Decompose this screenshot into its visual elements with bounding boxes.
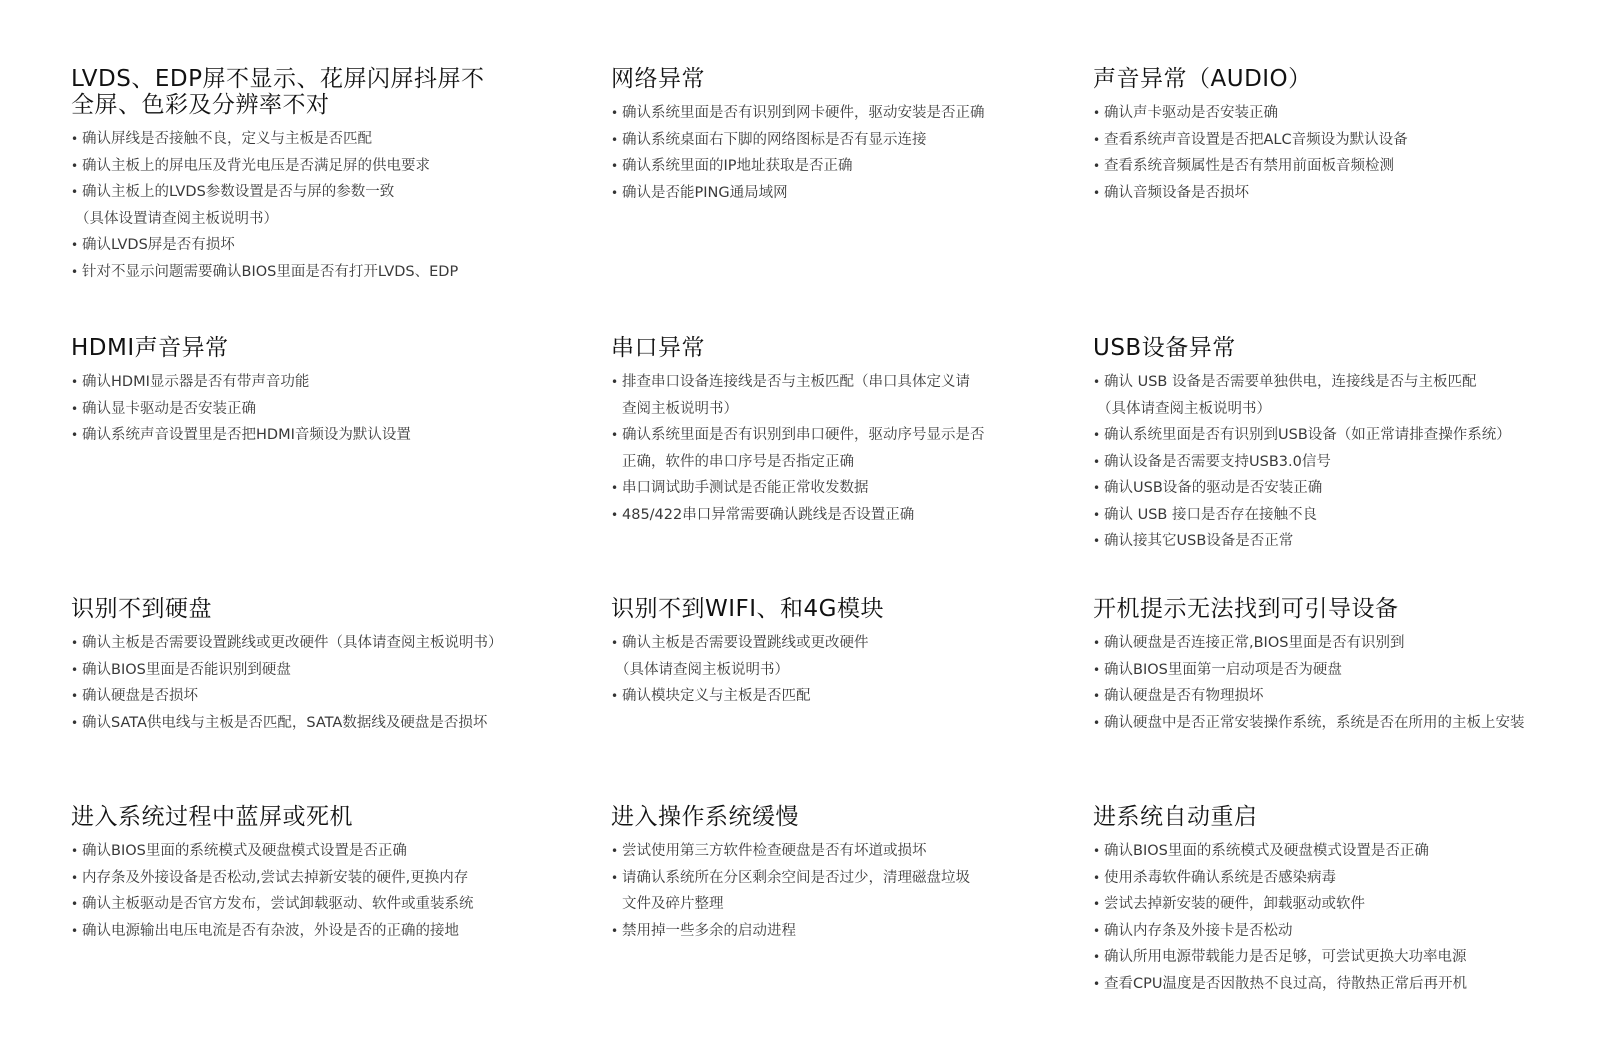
checklist-item-text: 禁用掉一些多余的启动进程	[622, 918, 970, 945]
section-title-line: 进系统自动重启	[1093, 804, 1467, 830]
checklist-item: •确认主板上的LVDS参数设置是否与屏的参数一致	[71, 179, 484, 206]
bullet-icon: •	[611, 683, 618, 710]
section-title-line: 进入操作系统缓慢	[611, 804, 970, 830]
checklist-item: •确认硬盘中是否正常安装操作系统，系统是否在所用的主板上安装	[1093, 710, 1525, 737]
checklist-item: •确认电源输出电压电流是否有杂波，外设是否的正确的接地	[71, 918, 474, 945]
checklist-note: （具体设置请查阅主板说明书）	[71, 206, 484, 233]
checklist: •确认HDMI显示器是否有带声音功能•确认显卡驱动是否安装正确•确认系统声音设置…	[71, 369, 411, 449]
checklist-item: •确认 USB 接口是否存在接触不良	[1093, 502, 1511, 529]
checklist-item-text: 确认设备是否需要支持USB3.0信号	[1104, 449, 1511, 476]
section-network: 网络异常•确认系统里面是否有识别到网卡硬件，驱动安装是否正确•确认系统桌面右下脚…	[611, 66, 985, 206]
checklist-item: •确认所用电源带载能力是否足够，可尝试更换大功率电源	[1093, 944, 1467, 971]
checklist-item: •针对不显示问题需要确认BIOS里面是否有打开LVDS、EDP	[71, 259, 484, 286]
checklist: •排查串口设备连接线是否与主板匹配（串口具体定义请查阅主板说明书）•确认系统里面…	[611, 369, 985, 528]
checklist-item-text: 确认主板是否需要设置跳线或更改硬件	[622, 630, 884, 657]
checklist: •确认屏线是否接触不良，定义与主板是否匹配•确认主板上的屏电压及背光电压是否满足…	[71, 126, 484, 285]
bullet-icon: •	[611, 918, 618, 945]
bullet-icon: •	[1093, 449, 1100, 476]
checklist-item-text: 确认显卡驱动是否安装正确	[82, 396, 411, 423]
bullet-icon: •	[1093, 180, 1100, 207]
checklist-item: •确认系统桌面右下脚的网络图标是否有显示连接	[611, 127, 985, 154]
checklist-item: •串口调试助手测试是否能正常收发数据	[611, 475, 985, 502]
bullet-icon: •	[1093, 891, 1100, 918]
bullet-icon: •	[1093, 630, 1100, 657]
checklist-item-text: 确认硬盘是否有物理损坏	[1104, 683, 1525, 710]
checklist-item-text: 确认BIOS里面的系统模式及硬盘模式设置是否正确	[82, 838, 474, 865]
checklist-item-text: 确认主板驱动是否官方发布，尝试卸载驱动、软件或重装系统	[82, 891, 474, 918]
checklist-item: •查看CPU温度是否因散热不良过高，待散热正常后再开机	[1093, 971, 1467, 998]
bullet-icon: •	[71, 396, 78, 423]
section-bluescreen-freeze: 进入系统过程中蓝屏或死机•确认BIOS里面的系统模式及硬盘模式设置是否正确•内存…	[71, 804, 474, 944]
section-usb-device: USB设备异常•确认 USB 设备是否需要单独供电，连接线是否与主板匹配（具体请…	[1093, 335, 1511, 555]
checklist-item-text: 确认所用电源带载能力是否足够，可尝试更换大功率电源	[1104, 944, 1467, 971]
checklist: •确认硬盘是否连接正常,BIOS里面是否有识别到•确认BIOS里面第一启动项是否…	[1093, 630, 1525, 736]
checklist-item-text: 确认主板上的屏电压及背光电压是否满足屏的供电要求	[82, 153, 484, 180]
section-title-line: 识别不到硬盘	[71, 596, 503, 622]
checklist-item-text: 排查串口设备连接线是否与主板匹配（串口具体定义请	[622, 369, 985, 396]
checklist-item-text: 确认系统声音设置里是否把HDMI音频设为默认设置	[82, 422, 411, 449]
bullet-icon: •	[611, 422, 618, 449]
section-wifi-4g-not-detected: 识别不到WIFI、和4G模块•确认主板是否需要设置跳线或更改硬件（具体请查阅主板…	[611, 596, 884, 710]
checklist-item-text: 确认HDMI显示器是否有带声音功能	[82, 369, 411, 396]
section-title: 进入系统过程中蓝屏或死机	[71, 804, 474, 830]
checklist: •确认主板是否需要设置跳线或更改硬件（具体请查阅主板说明书）•确认模块定义与主板…	[611, 630, 884, 710]
checklist: •确认系统里面是否有识别到网卡硬件，驱动安装是否正确•确认系统桌面右下脚的网络图…	[611, 100, 985, 206]
section-title: 进入操作系统缓慢	[611, 804, 970, 830]
checklist-item: •确认主板是否需要设置跳线或更改硬件	[611, 630, 884, 657]
section-hard-disk-not-detected: 识别不到硬盘•确认主板是否需要设置跳线或更改硬件（具体请查阅主板说明书）•确认B…	[71, 596, 503, 736]
checklist-item: •485/422串口异常需要确认跳线是否设置正确	[611, 502, 985, 529]
checklist-item-text: 查看系统音频属性是否有禁用前面板音频检测	[1104, 153, 1408, 180]
checklist-item: •使用杀毒软件确认系统是否感染病毒	[1093, 865, 1467, 892]
section-title-line: 开机提示无法找到可引导设备	[1093, 596, 1525, 622]
bullet-icon: •	[611, 369, 618, 396]
checklist-item-text: 确认系统里面是否有识别到网卡硬件，驱动安装是否正确	[622, 100, 985, 127]
checklist-note: （具体请查阅主板说明书）	[1093, 396, 1511, 423]
section-audio: 声音异常（AUDIO）•确认声卡驱动是否安装正确•查看系统声音设置是否把ALC音…	[1093, 66, 1408, 206]
checklist-item-text: 尝试去掉新安装的硬件，卸载驱动或软件	[1104, 891, 1467, 918]
bullet-icon: •	[1093, 475, 1100, 502]
checklist-item-text: 确认主板上的LVDS参数设置是否与屏的参数一致	[82, 179, 484, 206]
checklist-item: •请确认系统所在分区剩余空间是否过少，清理磁盘垃圾文件及碎片整理	[611, 865, 970, 918]
checklist-item: •确认系统声音设置里是否把HDMI音频设为默认设置	[71, 422, 411, 449]
bullet-icon: •	[611, 838, 618, 865]
bullet-icon: •	[611, 630, 618, 657]
bullet-icon: •	[71, 838, 78, 865]
checklist-item-text: 确认BIOS里面的系统模式及硬盘模式设置是否正确	[1104, 838, 1467, 865]
checklist-item: •确认SATA供电线与主板是否匹配，SATA数据线及硬盘是否损坏	[71, 710, 503, 737]
checklist-item-text: 查看系统声音设置是否把ALC音频设为默认设备	[1104, 127, 1408, 154]
checklist-item: •确认USB设备的驱动是否安装正确	[1093, 475, 1511, 502]
section-title-line: 网络异常	[611, 66, 985, 92]
bullet-icon: •	[611, 502, 618, 529]
section-title-line: 进入系统过程中蓝屏或死机	[71, 804, 474, 830]
checklist-item: •确认主板是否需要设置跳线或更改硬件（具体请查阅主板说明书）	[71, 630, 503, 657]
checklist: •确认BIOS里面的系统模式及硬盘模式设置是否正确•内存条及外接设备是否松动,尝…	[71, 838, 474, 944]
bullet-icon: •	[71, 657, 78, 684]
checklist-item-text: 确认 USB 设备是否需要单独供电，连接线是否与主板匹配	[1104, 369, 1511, 396]
checklist-item-text: 确认系统里面的IP地址获取是否正确	[622, 153, 985, 180]
bullet-icon: •	[1093, 971, 1100, 998]
bullet-icon: •	[1093, 528, 1100, 555]
section-title: 串口异常	[611, 335, 985, 361]
bullet-icon: •	[611, 865, 618, 892]
checklist-item-text: 尝试使用第三方软件检查硬盘是否有坏道或损坏	[622, 838, 970, 865]
section-title: 网络异常	[611, 66, 985, 92]
checklist-item: •确认音频设备是否损坏	[1093, 180, 1408, 207]
bullet-icon: •	[71, 422, 78, 449]
checklist-item: •确认设备是否需要支持USB3.0信号	[1093, 449, 1511, 476]
section-title-line: HDMI声音异常	[71, 335, 411, 361]
checklist-item-text: 确认LVDS屏是否有损坏	[82, 232, 484, 259]
checklist-item: •确认声卡驱动是否安装正确	[1093, 100, 1408, 127]
checklist-item: •确认是否能PING通局域网	[611, 180, 985, 207]
checklist-item-text: 确认接其它USB设备是否正常	[1104, 528, 1511, 555]
bullet-icon: •	[611, 475, 618, 502]
checklist-item-text: 确认系统里面是否有识别到USB设备（如正常请排查操作系统）	[1104, 422, 1511, 449]
checklist-item: •确认硬盘是否损坏	[71, 683, 503, 710]
section-title: 识别不到硬盘	[71, 596, 503, 622]
checklist-item: •确认系统里面的IP地址获取是否正确	[611, 153, 985, 180]
checklist-item-text: 485/422串口异常需要确认跳线是否设置正确	[622, 502, 985, 529]
checklist-item: •确认接其它USB设备是否正常	[1093, 528, 1511, 555]
bullet-icon: •	[1093, 918, 1100, 945]
checklist-item-text: 查看CPU温度是否因散热不良过高，待散热正常后再开机	[1104, 971, 1467, 998]
checklist-item-text: 确认硬盘中是否正常安装操作系统，系统是否在所用的主板上安装	[1104, 710, 1525, 737]
checklist-item: •确认系统里面是否有识别到串口硬件，驱动序号显示是否正确，软件的串口序号是否指定…	[611, 422, 985, 475]
bullet-icon: •	[1093, 710, 1100, 737]
checklist-item-text: 确认USB设备的驱动是否安装正确	[1104, 475, 1511, 502]
checklist: •确认BIOS里面的系统模式及硬盘模式设置是否正确•使用杀毒软件确认系统是否感染…	[1093, 838, 1467, 997]
bullet-icon: •	[1093, 838, 1100, 865]
section-title-line: 声音异常（AUDIO）	[1093, 66, 1408, 92]
checklist-item: •确认硬盘是否有物理损坏	[1093, 683, 1525, 710]
section-serial-port: 串口异常•排查串口设备连接线是否与主板匹配（串口具体定义请查阅主板说明书）•确认…	[611, 335, 985, 528]
bullet-icon: •	[71, 630, 78, 657]
checklist-item: •确认主板驱动是否官方发布，尝试卸载驱动、软件或重装系统	[71, 891, 474, 918]
bullet-icon: •	[71, 369, 78, 396]
bullet-icon: •	[1093, 422, 1100, 449]
checklist-item-text: 正确，软件的串口序号是否指定正确	[622, 449, 985, 476]
checklist-item: •尝试去掉新安装的硬件，卸载驱动或软件	[1093, 891, 1467, 918]
checklist-item: •确认 USB 设备是否需要单独供电，连接线是否与主板匹配	[1093, 369, 1511, 396]
checklist-item: •确认LVDS屏是否有损坏	[71, 232, 484, 259]
section-hdmi-audio: HDMI声音异常•确认HDMI显示器是否有带声音功能•确认显卡驱动是否安装正确•…	[71, 335, 411, 449]
section-title: HDMI声音异常	[71, 335, 411, 361]
bullet-icon: •	[71, 918, 78, 945]
checklist-item-text: 内存条及外接设备是否松动,尝试去掉新安装的硬件,更换内存	[82, 865, 474, 892]
checklist-item-text: 确认SATA供电线与主板是否匹配，SATA数据线及硬盘是否损坏	[82, 710, 503, 737]
checklist-item-text: 针对不显示问题需要确认BIOS里面是否有打开LVDS、EDP	[82, 259, 484, 286]
checklist-item-text: 文件及碎片整理	[622, 891, 970, 918]
checklist-item: •确认内存条及外接卡是否松动	[1093, 918, 1467, 945]
checklist-item-text: 确认内存条及外接卡是否松动	[1104, 918, 1467, 945]
checklist-item: •确认系统里面是否有识别到网卡硬件，驱动安装是否正确	[611, 100, 985, 127]
bullet-icon: •	[611, 127, 618, 154]
section-auto-reboot: 进系统自动重启•确认BIOS里面的系统模式及硬盘模式设置是否正确•使用杀毒软件确…	[1093, 804, 1467, 997]
section-title-line: LVDS、EDP屏不显示、花屏闪屏抖屏不	[71, 66, 484, 92]
section-title-line: 串口异常	[611, 335, 985, 361]
checklist-item-text: 使用杀毒软件确认系统是否感染病毒	[1104, 865, 1467, 892]
checklist-item-text: 确认BIOS里面第一启动项是否为硬盘	[1104, 657, 1525, 684]
checklist-item-text: 确认硬盘是否连接正常,BIOS里面是否有识别到	[1104, 630, 1525, 657]
checklist-item: •确认显卡驱动是否安装正确	[71, 396, 411, 423]
checklist-item: •确认BIOS里面的系统模式及硬盘模式设置是否正确	[1093, 838, 1467, 865]
checklist-item-text: 查阅主板说明书）	[622, 396, 985, 423]
checklist-item: •确认屏线是否接触不良，定义与主板是否匹配	[71, 126, 484, 153]
bullet-icon: •	[71, 259, 78, 286]
checklist-item-text: 确认模块定义与主板是否匹配	[622, 683, 884, 710]
checklist-item: •确认BIOS里面第一启动项是否为硬盘	[1093, 657, 1525, 684]
checklist-item-text: 确认 USB 接口是否存在接触不良	[1104, 502, 1511, 529]
checklist-item: •内存条及外接设备是否松动,尝试去掉新安装的硬件,更换内存	[71, 865, 474, 892]
bullet-icon: •	[611, 100, 618, 127]
bullet-icon: •	[1093, 369, 1100, 396]
section-title: 声音异常（AUDIO）	[1093, 66, 1408, 92]
bullet-icon: •	[611, 180, 618, 207]
section-title-line: 识别不到WIFI、和4G模块	[611, 596, 884, 622]
bullet-icon: •	[1093, 683, 1100, 710]
checklist-item-text: 确认系统桌面右下脚的网络图标是否有显示连接	[622, 127, 985, 154]
section-title: 进系统自动重启	[1093, 804, 1467, 830]
checklist-item: •禁用掉一些多余的启动进程	[611, 918, 970, 945]
checklist-note: （具体请查阅主板说明书）	[611, 657, 884, 684]
section-slow-os: 进入操作系统缓慢•尝试使用第三方软件检查硬盘是否有坏道或损坏•请确认系统所在分区…	[611, 804, 970, 944]
bullet-icon: •	[611, 153, 618, 180]
section-title-line: USB设备异常	[1093, 335, 1511, 361]
checklist-item-text: 确认系统里面是否有识别到串口硬件，驱动序号显示是否	[622, 422, 985, 449]
checklist-item: •确认主板上的屏电压及背光电压是否满足屏的供电要求	[71, 153, 484, 180]
section-title: 识别不到WIFI、和4G模块	[611, 596, 884, 622]
bullet-icon: •	[71, 126, 78, 153]
bullet-icon: •	[71, 891, 78, 918]
checklist-item-text: 确认是否能PING通局域网	[622, 180, 985, 207]
checklist-item: •排查串口设备连接线是否与主板匹配（串口具体定义请查阅主板说明书）	[611, 369, 985, 422]
checklist-item: •确认模块定义与主板是否匹配	[611, 683, 884, 710]
checklist-item: •确认硬盘是否连接正常,BIOS里面是否有识别到	[1093, 630, 1525, 657]
section-no-boot-device: 开机提示无法找到可引导设备•确认硬盘是否连接正常,BIOS里面是否有识别到•确认…	[1093, 596, 1525, 736]
checklist-item: •确认BIOS里面的系统模式及硬盘模式设置是否正确	[71, 838, 474, 865]
checklist-item: •确认BIOS里面是否能识别到硬盘	[71, 657, 503, 684]
section-title: LVDS、EDP屏不显示、花屏闪屏抖屏不全屏、色彩及分辨率不对	[71, 66, 484, 118]
section-lvds-edp-display: LVDS、EDP屏不显示、花屏闪屏抖屏不全屏、色彩及分辨率不对•确认屏线是否接触…	[71, 66, 484, 285]
section-title-line: 全屏、色彩及分辨率不对	[71, 92, 484, 118]
checklist-item-text: 确认主板是否需要设置跳线或更改硬件（具体请查阅主板说明书）	[82, 630, 503, 657]
checklist-item: •确认系统里面是否有识别到USB设备（如正常请排查操作系统）	[1093, 422, 1511, 449]
bullet-icon: •	[71, 153, 78, 180]
checklist-item-text: 确认电源输出电压电流是否有杂波，外设是否的正确的接地	[82, 918, 474, 945]
checklist: •尝试使用第三方软件检查硬盘是否有坏道或损坏•请确认系统所在分区剩余空间是否过少…	[611, 838, 970, 944]
checklist-item: •确认HDMI显示器是否有带声音功能	[71, 369, 411, 396]
section-title: USB设备异常	[1093, 335, 1511, 361]
bullet-icon: •	[1093, 153, 1100, 180]
bullet-icon: •	[1093, 657, 1100, 684]
checklist: •确认 USB 设备是否需要单独供电，连接线是否与主板匹配（具体请查阅主板说明书…	[1093, 369, 1511, 555]
checklist: •确认主板是否需要设置跳线或更改硬件（具体请查阅主板说明书）•确认BIOS里面是…	[71, 630, 503, 736]
checklist-item-text: 确认硬盘是否损坏	[82, 683, 503, 710]
checklist-item: •查看系统音频属性是否有禁用前面板音频检测	[1093, 153, 1408, 180]
checklist-item-text: 确认BIOS里面是否能识别到硬盘	[82, 657, 503, 684]
bullet-icon: •	[71, 865, 78, 892]
section-title: 开机提示无法找到可引导设备	[1093, 596, 1525, 622]
checklist-item-text: 确认音频设备是否损坏	[1104, 180, 1408, 207]
checklist-item-text: 确认声卡驱动是否安装正确	[1104, 100, 1408, 127]
bullet-icon: •	[71, 232, 78, 259]
bullet-icon: •	[71, 683, 78, 710]
checklist-item: •尝试使用第三方软件检查硬盘是否有坏道或损坏	[611, 838, 970, 865]
bullet-icon: •	[1093, 944, 1100, 971]
bullet-icon: •	[1093, 127, 1100, 154]
bullet-icon: •	[1093, 865, 1100, 892]
checklist-item-text: 串口调试助手测试是否能正常收发数据	[622, 475, 985, 502]
checklist: •确认声卡驱动是否安装正确•查看系统声音设置是否把ALC音频设为默认设备•查看系…	[1093, 100, 1408, 206]
bullet-icon: •	[1093, 100, 1100, 127]
bullet-icon: •	[1093, 502, 1100, 529]
checklist-item: •查看系统声音设置是否把ALC音频设为默认设备	[1093, 127, 1408, 154]
checklist-item-text: 请确认系统所在分区剩余空间是否过少，清理磁盘垃圾	[622, 865, 970, 892]
bullet-icon: •	[71, 710, 78, 737]
bullet-icon: •	[71, 179, 78, 206]
checklist-item-text: 确认屏线是否接触不良，定义与主板是否匹配	[82, 126, 484, 153]
